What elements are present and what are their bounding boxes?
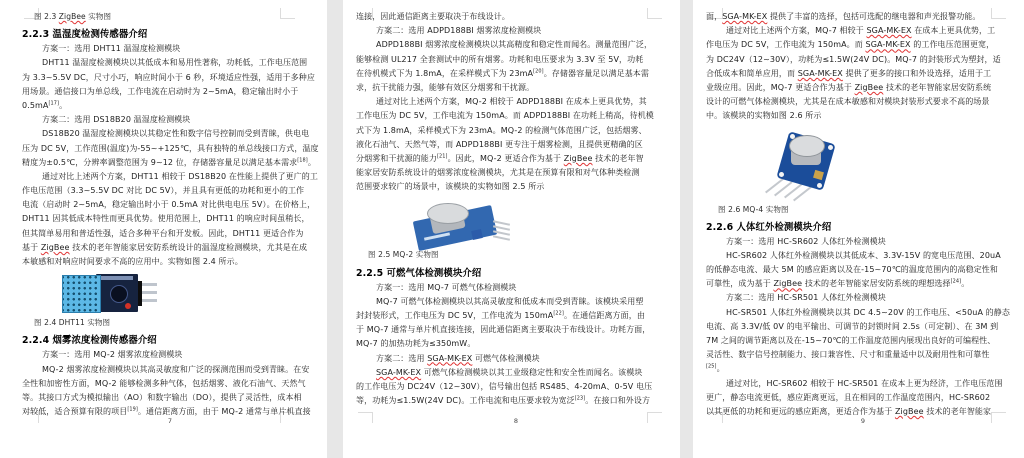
- text-line: 通过对比上述两个方案，DHT11 相较于 DS18B20 在性能上提供了更广的工: [22, 170, 318, 184]
- figure-caption: 图 2.3 ZigBee 实物图: [22, 10, 318, 24]
- text-line: 合低成本和简单应用，而 SGA-MK-EX 提供了更多的接口和外设选择，适用于工: [706, 67, 1020, 81]
- dht11-silkscreen: [99, 276, 133, 280]
- text-line: 在待机模式下为 1.8mA，在采样模式下为 23mA[20]。存储器容量足以满足…: [356, 67, 676, 81]
- text-line: 压为 DC 5V，工作范围(温度)为-55~+125℃，具有独特的单总线接口方式…: [22, 142, 318, 156]
- text-line: 方案二：选用 DS18B20 温湿度检测模块: [22, 113, 318, 127]
- mq4-mount-hole: [779, 172, 784, 177]
- dht11-blue-sensor-grid: [62, 275, 101, 313]
- text-line: 能家居安防系统设计的烟雾浓度检测模块，尤其是在预算有限和对气体种类检测: [356, 166, 676, 180]
- text-line: 作电压范围（3.3~5.5V DC 对比 DC 5V），并且具有更低的功耗和更小…: [22, 184, 318, 198]
- text-line: 方案二：选用 HC-SR501 人体红外检测模块: [706, 291, 1020, 305]
- text-line: 中。该模块的实物如图 2.6 所示: [706, 109, 1020, 123]
- text-line: [25]。: [706, 362, 1020, 376]
- text-line: 基于 ZigBee 技术的老年智能家居安防系统设计的温湿度检测模块，尤其是在成: [22, 241, 318, 255]
- text-line: MQ-2 烟雾浓度检测模块以其高灵敏度和广泛的探测范围而受到青睐。在安: [22, 363, 318, 377]
- text-line: 等，功耗为≤1.5W(24V DC)。工作电流和电压要求较为宽泛[23]。在接口…: [356, 394, 676, 408]
- text-line: 的低静态电流、最大 5M 的感应距离以及在-15~70℃的温度范围内的高稳定性和: [706, 263, 1020, 277]
- dht11-pin: [142, 283, 157, 286]
- text-line: 电流（启动时 2~5mA，稳定输出时小于 0.5mA 对比供电电压 5V）。在价…: [22, 198, 318, 212]
- page-number-9: 9: [706, 417, 1020, 425]
- figure-caption: 图 2.5 MQ-2 实物图: [356, 248, 676, 262]
- text-line: 更广，静态电流更低，感应距离更远，且在相同的工作温度范围内，HC-SR602: [706, 391, 1020, 405]
- text-line: 液化石油气、天然气等，而 ADPD188BI 更专注于烟雾检测，且提供更精确的区: [356, 138, 676, 152]
- text-line: 方案一：选用 DHT11 温湿度检测模块: [22, 42, 318, 56]
- page-gap-1: [327, 0, 343, 458]
- page-number-8: 8: [356, 417, 676, 425]
- page-8-text: 连接，因此通信距离主要取决于布线设计。方案二：选用 ADPD188BI 烟雾浓度…: [356, 0, 676, 408]
- page-number-7: 7: [22, 417, 318, 425]
- text-line: 面，SGA-MK-EX 提供了丰富的选择，包括可选配的继电器和声光报警功能。: [706, 10, 1020, 24]
- text-line: 通过对比，HC-SR602 相较于 HC-SR501 在成本上更为经济，工作电压…: [706, 377, 1020, 391]
- text-line: 业级应用。因此，MQ-7 更适合作为基于 ZigBee 技术的老年智能家居安防系…: [706, 81, 1020, 95]
- figure-mq4-module-photo: [754, 127, 860, 203]
- text-line: 用场景。通信接口为单总线，工作电流在启动时为 2~5mA，稳定输出时小于: [22, 85, 318, 99]
- mq2-trimpot: [471, 229, 483, 240]
- text-line: 分烟雾和干扰源的能力[21]。因此，MQ-2 更适合作为基于 ZigBee 技术…: [356, 152, 676, 166]
- text-line: 能够检测 UL217 全套测试中的所有烟雾。功耗和电压要求为 3.3V 至 5V…: [356, 53, 676, 67]
- text-line: DS18B20 温湿度检测模块以其稳定性和数字信号控制而受到青睐，供电电: [22, 127, 318, 141]
- text-line: SGA-MK-EX 可燃气体检测模块以其工业级稳定性和安全性而闻名。该模块: [356, 366, 676, 380]
- mq4-mount-hole: [817, 183, 822, 188]
- text-line: 本敏感和对响应时间要求不高的应用中。实物如图 2.4 所示。: [22, 255, 318, 269]
- text-line: 方案二：选用 SGA-MK-EX 可燃气体检测模块: [356, 352, 676, 366]
- text-line: 的工作电压为 DC24V（12~30V），信号输出包括 RS485、4-20mA…: [356, 380, 676, 394]
- page-9-text: 面，SGA-MK-EX 提供了丰富的选择，包括可选配的继电器和声光报警功能。通过…: [706, 0, 1020, 419]
- text-line: 为 3.3~5.5V DC，尺寸小巧，响应时间小于 6 秒，环境适应性强，适用于…: [22, 71, 318, 85]
- text-line: 可靠性，成为基于 ZigBee 技术的老年智能家居安防系统的理想选择[24]。: [706, 277, 1020, 291]
- text-line: 工作电压为 DC 5V，工作电流为 150mA。而 ADPD188BI 在功耗上…: [356, 109, 676, 123]
- mq4-sensor-cap: [789, 135, 825, 157]
- dht11-pin: [142, 299, 157, 302]
- figure-mq2-module-photo: [412, 198, 512, 248]
- text-line: 通过对比上述两个方案，MQ-2 相较于 ADPD188BI 在成本上更具优势，其: [356, 95, 676, 109]
- mq4-mount-hole: [828, 145, 833, 150]
- text-line: 为 DC24V（12~30V），功耗为≤1.5W(24V DC)。MQ-7 的封…: [706, 53, 1020, 67]
- text-line: 通过对比上述两个方案，MQ-7 相较于 SGA-MK-EX 在成本上更具优势，工: [706, 24, 1020, 38]
- text-line: DHT11 因其低成本特性而更具优势。使用范围上，DHT11 的响应时间虽稍长，: [22, 212, 318, 226]
- text-line: 但其简单易用和普适性强，适合多种平台和开发板。因此，DHT11 更适合作为: [22, 227, 318, 241]
- text-line: HC-SR602 人体红外检测模块以其低成本、3.3V-15V 的宽电压范围、2…: [706, 249, 1020, 263]
- text-line: DHT11 温湿度检测模块以其低成本和易用性著称，功耗低，工作电压范围: [22, 56, 318, 70]
- section-heading: 2.2.6 人体红外检测模块介绍: [706, 220, 1020, 235]
- text-line: 灵活性、数字信号控制能力、接口兼容性、尺寸和重量适中以及耐用性和可靠性: [706, 348, 1020, 362]
- page-gap-2: [680, 0, 693, 458]
- page-7-text: 图 2.3 ZigBee 实物图2.2.3 温湿度检测传感器介绍方案一：选用 D…: [22, 0, 318, 419]
- text-line: 方案二：选用 ADPD188BI 烟雾浓度检测模块: [356, 24, 676, 38]
- text-line: 0.5mA[17]。: [22, 99, 318, 113]
- text-line: 封封装形式，工作电压为 DC 5V，工作电流为 150mA[22]。在通信距离方…: [356, 309, 676, 323]
- page-7[interactable]: 图 2.3 ZigBee 实物图2.2.3 温湿度检测传感器介绍方案一：选用 D…: [0, 0, 327, 458]
- section-heading: 2.2.5 可燃气体检测模块介绍: [356, 266, 676, 281]
- section-heading: 2.2.4 烟雾浓度检测传感器介绍: [22, 333, 318, 348]
- text-line: 方案一：选用 HC-SR602 人体红外检测模块: [706, 235, 1020, 249]
- figure-caption: 图 2.6 MQ-4 实物图: [706, 203, 1020, 217]
- text-line: 等。其接口方式为模拟输出（AO）和数字输出（DO），提供了灵活性，成本相: [22, 391, 318, 405]
- text-line: 作电压为 DC 5V，工作电流为 150mA。而 SGA-MK-EX 的工作电压…: [706, 38, 1020, 52]
- text-line: 精度为±0.5℃，分辨率调整范围为 9~12 位，存储器容量足以满足基本需求[1…: [22, 156, 318, 170]
- text-line: 设计的可燃气体检测模块，尤其是在成本敏感和对模块封装形式要求不高的场景: [706, 95, 1020, 109]
- text-line: 式下为 1.8mA，采样模式下为 23mA。MQ-2 的检测气体范围广泛，包括烟…: [356, 124, 676, 138]
- mq2-pin: [493, 236, 510, 241]
- figure-dht11-module-photo: [62, 272, 158, 316]
- text-line: MQ-7 可燃气体检测模块以其高灵敏度和低成本而受到青睐。该模块采用塑: [356, 295, 676, 309]
- section-heading: 2.2.3 温湿度检测传感器介绍: [22, 27, 318, 42]
- text-line: MQ-7 的加热功耗为≤350mW。: [356, 337, 676, 351]
- text-line: 电流、高 3.3V/低 0V 的电平输出、可调节的封锁时间 2.5s（可定制）、…: [706, 320, 1020, 334]
- figure-caption: 图 2.4 DHT11 实物图: [22, 316, 318, 330]
- text-line: 于 MQ-7 通常与单片机直接连接，因此通信距离主要取决于布线设计。功耗方面，: [356, 323, 676, 337]
- text-line: 连接，因此通信距离主要取决于布线设计。: [356, 10, 676, 24]
- text-line: 全性和加密性方面，MQ-2 能够检测多种气体，包括烟雾、液化石油气、天然气: [22, 377, 318, 391]
- text-line: 7M 之间的调节距离以及在-15~70℃的工作温度范围内展现出良好的可编程性、: [706, 334, 1020, 348]
- text-line: 范围要求较广的场景中，该模块的实物如图 2.5 所示: [356, 180, 676, 194]
- page-8[interactable]: 连接，因此通信距离主要取决于布线设计。方案二：选用 ADPD188BI 烟雾浓度…: [343, 0, 680, 458]
- text-line: HC-SR501 人体红外检测模块以其 DC 4.5~20V 的工作电压、<50…: [706, 306, 1020, 320]
- text-line: ADPD188BI 烟雾浓度检测模块以其高精度和稳定性而闻名。测量范围广泛，: [356, 38, 676, 52]
- page-9[interactable]: 面，SGA-MK-EX 提供了丰富的选择，包括可选配的继电器和声光报警功能。通过…: [693, 0, 1024, 458]
- text-line: 求，抗干扰能力强，能够有效区分烟雾和干扰源。: [356, 81, 676, 95]
- text-line: 方案一：选用 MQ-2 烟雾浓度检测模块: [22, 348, 318, 362]
- dht11-pin: [142, 291, 157, 294]
- text-line: 方案一：选用 MQ-7 可燃气体检测模块: [356, 281, 676, 295]
- mq4-trimpot: [813, 169, 824, 179]
